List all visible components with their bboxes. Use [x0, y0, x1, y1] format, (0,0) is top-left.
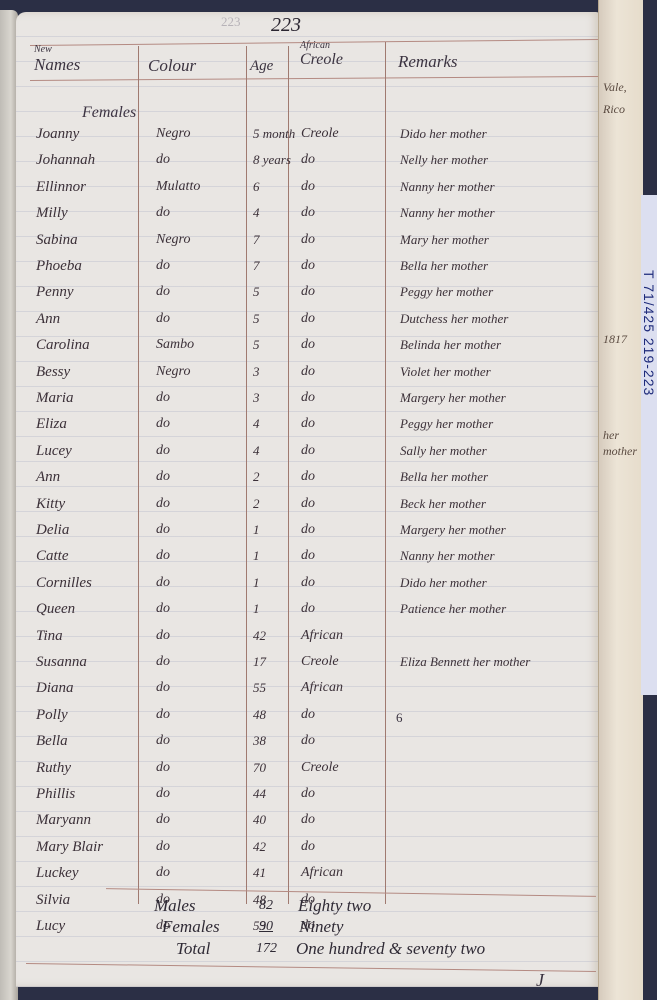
register-row: Luckeydo41African	[16, 865, 600, 891]
person-name: Queen	[36, 601, 75, 618]
register-row: Deliado1doMargery her mother	[16, 522, 600, 548]
age-cell: 4	[253, 205, 260, 221]
origin-cell: Creole	[301, 760, 339, 776]
register-row: Luceydo4doSally her mother	[16, 443, 600, 469]
remarks-cell: Dutchess her mother	[400, 311, 508, 327]
register-row: Anndo2doBella her mother	[16, 469, 600, 495]
age-cell: 1	[253, 601, 260, 617]
colour-cell: do	[156, 575, 170, 591]
header-names: New Names	[34, 44, 80, 75]
age-cell: 38	[253, 733, 266, 749]
register-row: Queendo1doPatience her mother	[16, 601, 600, 627]
origin-cell: Creole	[301, 126, 339, 142]
remarks-cell: Beck her mother	[400, 496, 486, 512]
adjacent-page-edge: Vale, Rico 1817 her mother	[598, 0, 643, 1000]
colour-cell: do	[156, 812, 170, 828]
colour-cell: do	[156, 733, 170, 749]
remarks-cell: Dido her mother	[400, 126, 487, 142]
header-origin-top: African	[300, 40, 343, 51]
register-row: Dianado55African	[16, 680, 600, 706]
remarks-cell: Nelly her mother	[400, 152, 488, 168]
person-name: Kitty	[36, 496, 65, 513]
age-cell: 48	[253, 707, 266, 723]
remarks-cell: Violet her mother	[400, 364, 491, 380]
origin-cell: do	[301, 337, 315, 353]
age-cell: 3	[253, 364, 260, 380]
colour-cell: do	[156, 707, 170, 723]
origin-cell: do	[301, 812, 315, 828]
person-name: Eliza	[36, 416, 67, 433]
person-name: Joanny	[36, 126, 79, 143]
colour-cell: do	[156, 760, 170, 776]
origin-cell: do	[301, 416, 315, 432]
colour-cell: do	[156, 522, 170, 538]
person-name: Maria	[36, 390, 74, 407]
remarks-cell: Peggy her mother	[400, 284, 493, 300]
age-cell: 4	[253, 443, 260, 459]
colour-cell: do	[156, 786, 170, 802]
register-row: JoannyNegro5 monthCreoleDido her mother	[16, 126, 600, 152]
colour-cell: do	[156, 152, 170, 168]
adjacent-fragment: her	[603, 428, 619, 443]
person-name: Ruthy	[36, 760, 71, 777]
ledger-page: 223 223 New Names Colour Age African Cre…	[16, 12, 600, 987]
register-row: Johannahdo8 yearsdoNelly her mother	[16, 152, 600, 178]
register-row: Susannado17CreoleEliza Bennett her mothe…	[16, 654, 600, 680]
origin-cell: do	[301, 205, 315, 221]
register-row: BessyNegro3doViolet her mother	[16, 364, 600, 390]
age-cell: 7	[253, 232, 260, 248]
colour-cell: do	[156, 865, 170, 881]
remarks-cell: Patience her mother	[400, 601, 506, 617]
register-row: Mariado3doMargery her mother	[16, 390, 600, 416]
colour-cell: do	[156, 284, 170, 300]
person-name: Sabina	[36, 232, 78, 249]
bottom-rule	[26, 963, 596, 972]
person-name: Johannah	[36, 152, 95, 169]
colour-cell: do	[156, 680, 170, 696]
remarks-cell: Nanny her mother	[400, 205, 495, 221]
register-row: SabinaNegro7doMary her mother	[16, 232, 600, 258]
person-name: Ann	[36, 469, 60, 486]
age-cell: 5	[253, 284, 260, 300]
age-cell: 5	[253, 311, 260, 327]
person-name: Lucey	[36, 443, 72, 460]
person-name: Diana	[36, 680, 74, 697]
register-row: Phoebado7doBella her mother	[16, 258, 600, 284]
register-row: Pollydo48do	[16, 707, 600, 733]
origin-cell: do	[301, 232, 315, 248]
age-cell: 5 month	[253, 126, 295, 142]
page-number: 223	[271, 14, 301, 37]
total-label: Total	[176, 939, 210, 959]
person-name: Milly	[36, 205, 68, 222]
age-cell: 6	[253, 179, 260, 195]
origin-cell: do	[301, 284, 315, 300]
origin-cell: Creole	[301, 654, 339, 670]
header-colour: Colour	[148, 56, 196, 76]
register-row: Maryanndo40do	[16, 812, 600, 838]
total-words: One hundred & seventy two	[296, 939, 485, 959]
colour-cell: Sambo	[156, 337, 194, 353]
remarks-cell: Peggy her mother	[400, 416, 493, 432]
colour-cell: do	[156, 839, 170, 855]
remarks-cell: Belinda her mother	[400, 337, 501, 353]
origin-cell: do	[301, 443, 315, 459]
age-cell: 1	[253, 548, 260, 564]
age-cell: 40	[253, 812, 266, 828]
age-cell: 41	[253, 865, 266, 881]
register-row: Phillisdo44do	[16, 786, 600, 812]
age-cell: 70	[253, 760, 266, 776]
colour-cell: do	[156, 205, 170, 221]
age-cell: 4	[253, 416, 260, 432]
register-row: Bellado38do	[16, 733, 600, 759]
origin-cell: do	[301, 522, 315, 538]
person-name: Mary Blair	[36, 839, 103, 856]
females-value: 90	[259, 919, 273, 935]
origin-cell: do	[301, 469, 315, 485]
remarks-cell: Bella her mother	[400, 469, 488, 485]
age-cell: 5	[253, 337, 260, 353]
origin-cell: do	[301, 548, 315, 564]
remarks-cell: Eliza Bennett her mother	[400, 654, 530, 670]
origin-cell: African	[301, 680, 343, 696]
remarks-cell: Sally her mother	[400, 443, 487, 459]
header-names-top: New	[34, 44, 80, 55]
person-name: Tina	[36, 628, 63, 645]
origin-cell: do	[301, 575, 315, 591]
remarks-cell: Nanny her mother	[400, 179, 495, 195]
colour-cell: Negro	[156, 364, 190, 380]
age-cell: 1	[253, 522, 260, 538]
origin-cell: African	[301, 865, 343, 881]
adjacent-fragment: 1817	[603, 332, 627, 347]
remarks-cell: Mary her mother	[400, 232, 489, 248]
origin-cell: do	[301, 152, 315, 168]
person-name: Bessy	[36, 364, 70, 381]
colour-cell: do	[156, 654, 170, 670]
person-name: Lucy	[36, 918, 65, 935]
adjacent-fragment: mother	[603, 444, 637, 459]
header-age: Age	[250, 58, 273, 75]
header-rule-bottom	[30, 76, 598, 81]
register-row: Tinado42African	[16, 628, 600, 654]
remarks-cell: Dido her mother	[400, 575, 487, 591]
males-words: Eighty two	[298, 896, 371, 916]
bottom-mark: J	[536, 970, 544, 991]
females-label: Females	[162, 917, 220, 937]
person-name: Ann	[36, 311, 60, 328]
register-row: EllinnorMulatto6doNanny her mother	[16, 179, 600, 205]
section-label-females: Females	[82, 104, 136, 122]
header-origin: African Creole	[300, 40, 343, 69]
origin-cell: do	[301, 311, 315, 327]
colour-cell: do	[156, 258, 170, 274]
remarks-cell: Bella her mother	[400, 258, 488, 274]
origin-cell: do	[301, 258, 315, 274]
colour-cell: do	[156, 548, 170, 564]
colour-cell: do	[156, 443, 170, 459]
origin-cell: do	[301, 786, 315, 802]
remarks-cell: Margery her mother	[400, 522, 506, 538]
person-name: Susanna	[36, 654, 87, 671]
remarks-cell: Nanny her mother	[400, 548, 495, 564]
age-cell: 2	[253, 469, 260, 485]
origin-cell: do	[301, 707, 315, 723]
person-name: Cornilles	[36, 575, 92, 592]
origin-cell: do	[301, 601, 315, 617]
total-value: 172	[256, 941, 277, 957]
person-name: Luckey	[36, 865, 78, 882]
age-cell: 42	[253, 839, 266, 855]
age-cell: 44	[253, 786, 266, 802]
origin-cell: do	[301, 179, 315, 195]
age-cell: 1	[253, 575, 260, 591]
person-name: Phoeba	[36, 258, 82, 275]
adjacent-fragment: Vale,	[603, 80, 627, 95]
colour-cell: do	[156, 628, 170, 644]
age-cell: 8 years	[253, 152, 291, 168]
register-row: Mary Blairdo42do	[16, 839, 600, 865]
person-name: Penny	[36, 284, 73, 301]
colour-cell: do	[156, 311, 170, 327]
register-row: Ruthydo70Creole	[16, 760, 600, 786]
age-cell: 7	[253, 258, 260, 274]
age-cell: 55	[253, 680, 266, 696]
person-name: Ellinnor	[36, 179, 86, 196]
faint-page-number: 223	[221, 14, 241, 30]
person-name: Carolina	[36, 337, 90, 354]
register-row: Anndo5doDutchess her mother	[16, 311, 600, 337]
colour-cell: do	[156, 601, 170, 617]
register-row: Cornillesdo1doDido her mother	[16, 575, 600, 601]
person-name: Delia	[36, 522, 69, 539]
age-cell: 2	[253, 496, 260, 512]
colour-cell: do	[156, 390, 170, 406]
person-name: Phillis	[36, 786, 75, 803]
person-name: Polly	[36, 707, 68, 724]
age-cell: 17	[253, 654, 266, 670]
males-label: Males	[154, 896, 196, 916]
person-name: Maryann	[36, 812, 91, 829]
origin-cell: do	[301, 390, 315, 406]
register-row: Kittydo2doBeck her mother	[16, 496, 600, 522]
colour-cell: do	[156, 469, 170, 485]
register-row: CarolinaSambo5doBelinda her mother	[16, 337, 600, 363]
origin-cell: do	[301, 733, 315, 749]
colour-cell: Mulatto	[156, 179, 200, 195]
origin-cell: African	[301, 628, 343, 644]
adjacent-fragment: Rico	[603, 102, 625, 117]
margin-mark: 6	[396, 710, 403, 726]
remarks-cell: Margery her mother	[400, 390, 506, 406]
person-name: Bella	[36, 733, 68, 750]
register-row: Elizado4doPeggy her mother	[16, 416, 600, 442]
register-row: Pennydo5doPeggy her mother	[16, 284, 600, 310]
colour-cell: Negro	[156, 232, 190, 248]
origin-cell: do	[301, 496, 315, 512]
males-value: 82	[259, 898, 273, 914]
colour-cell: do	[156, 496, 170, 512]
person-name: Silvia	[36, 892, 70, 909]
register-row: Cattedo1doNanny her mother	[16, 548, 600, 574]
register-row: Millydo4doNanny her mother	[16, 205, 600, 231]
age-cell: 3	[253, 390, 260, 406]
person-name: Catte	[36, 548, 69, 565]
archive-label: T 71/425 219-223	[641, 270, 657, 396]
females-words: Ninety	[299, 917, 343, 937]
origin-cell: do	[301, 364, 315, 380]
origin-cell: do	[301, 839, 315, 855]
colour-cell: do	[156, 416, 170, 432]
colour-cell: Negro	[156, 126, 190, 142]
header-remarks: Remarks	[398, 52, 457, 72]
age-cell: 42	[253, 628, 266, 644]
